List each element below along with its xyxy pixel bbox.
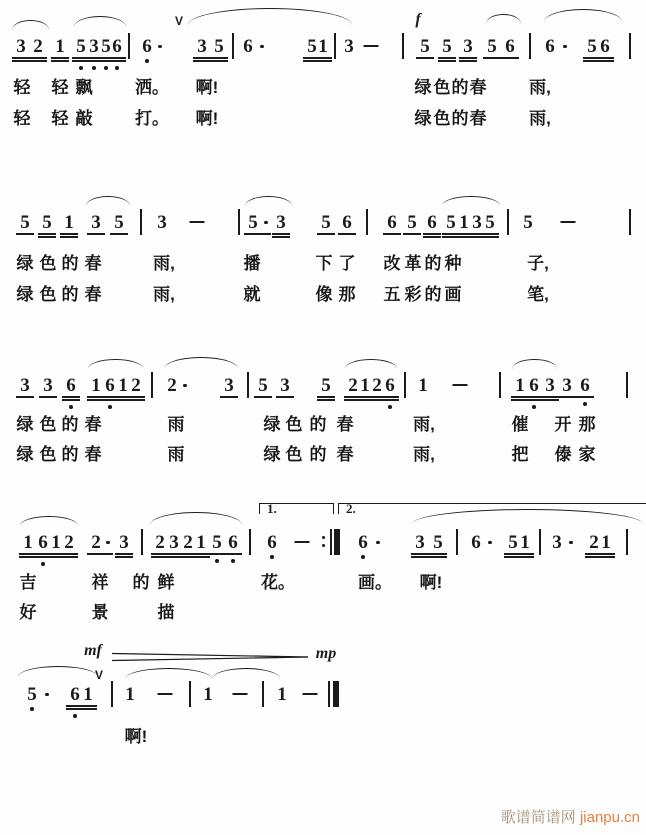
slur-arc — [212, 668, 280, 679]
dynamic-mp: mp — [316, 645, 336, 663]
note: 1 — [122, 684, 138, 704]
underline — [79, 705, 97, 707]
dot-glyph — [45, 693, 49, 697]
augmentation-dot — [43, 684, 51, 704]
dash-note — [233, 693, 248, 695]
barline — [189, 681, 191, 707]
note: 1 — [200, 684, 216, 704]
thick-bar — [333, 681, 339, 707]
slur-arc — [125, 668, 212, 679]
underline — [79, 708, 97, 710]
octave-dot — [73, 714, 77, 718]
note: 1 — [80, 684, 96, 704]
dash-note — [303, 693, 318, 695]
note: 1 — [274, 684, 290, 704]
barline — [111, 681, 113, 707]
thin-bar — [328, 681, 330, 707]
octave-dot — [30, 707, 34, 711]
system-5: 561111mfmpV啊! — [0, 0, 646, 835]
breath-mark: V — [95, 668, 103, 682]
decrescendo-hairpin — [112, 650, 308, 664]
note: 5 — [24, 684, 40, 704]
slur-arc — [18, 666, 98, 677]
score-page: 歌谱简谱网 jianpu.cn 3215356635651355356656Vf… — [0, 0, 646, 835]
lyric-syllable: 啊! — [125, 722, 148, 747]
barline — [262, 681, 264, 707]
final-barline — [328, 684, 348, 704]
dynamic-mf: mf — [84, 642, 102, 660]
dash-note — [158, 693, 173, 695]
